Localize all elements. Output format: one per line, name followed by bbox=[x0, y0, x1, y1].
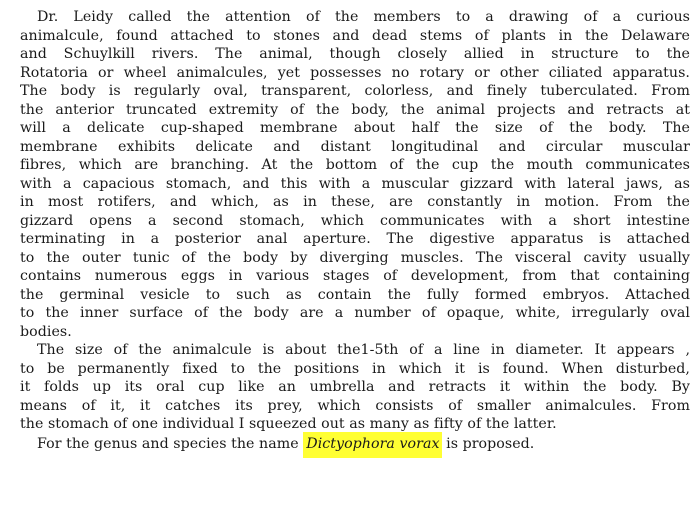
text-line: gizzard opens a second stomach, which co… bbox=[20, 212, 690, 231]
text-line: terminating in a posterior anal aperture… bbox=[20, 230, 690, 249]
text-line: it folds up its oral cup like an umbrell… bbox=[20, 378, 690, 397]
text-line: animalcule, found attached to stones and… bbox=[20, 27, 690, 46]
text-line: to be permanently fixed to the positions… bbox=[20, 360, 690, 379]
text-line: the anterior truncated extremity of the … bbox=[20, 101, 690, 120]
text-line: will a delicate cup-shaped membrane abou… bbox=[20, 119, 690, 138]
scanned-document-page: Dr. Leidy called the attention of the me… bbox=[0, 0, 700, 523]
text-line: fibres, which are branching. At the bott… bbox=[20, 156, 690, 175]
text-line: means of it, it catches its prey, which … bbox=[20, 397, 690, 416]
text-line: bodies. bbox=[20, 323, 690, 342]
text-line: and Schuylkill rivers. The animal, thoug… bbox=[20, 45, 690, 64]
text-line: in most rotifers, and which, as in these… bbox=[20, 193, 690, 212]
text-line: Rotatoria or wheel animalcules, yet poss… bbox=[20, 64, 690, 83]
text-after-highlight: is proposed. bbox=[442, 436, 535, 452]
text-line: contains numerous eggs in various stages… bbox=[20, 267, 690, 286]
final-text-line: For the genus and species the name Dicty… bbox=[37, 435, 690, 454]
highlighted-species-name: Dictyophora vorax bbox=[303, 432, 441, 458]
text-line: the germinal vesicle to such as contain … bbox=[20, 286, 690, 305]
text-before-highlight: For the genus and species the name bbox=[37, 436, 303, 452]
text-line: to the inner surface of the body are a n… bbox=[20, 304, 690, 323]
text-line: with a capacious stomach, and this with … bbox=[20, 175, 690, 194]
text-line: membrane exhibits delicate and distant l… bbox=[20, 138, 690, 157]
text-line: The size of the animalcule is about the1… bbox=[37, 341, 690, 360]
text-line: The body is regularly oval, transparent,… bbox=[20, 82, 690, 101]
text-line: to the outer tunic of the body by diverg… bbox=[20, 249, 690, 268]
text-line: Dr. Leidy called the attention of the me… bbox=[37, 8, 690, 27]
